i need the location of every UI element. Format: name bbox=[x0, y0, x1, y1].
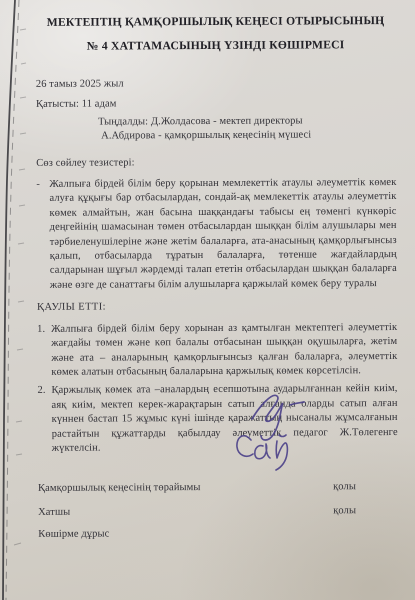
signature-role-chairwoman: Қамқоршылық кеңесінің төрайымы bbox=[38, 481, 201, 496]
attendance-line: Қатысты: 11 адам bbox=[36, 96, 396, 112]
heard-line-member: А.Абдирова - қамқоршылық кеңесінің мүшес… bbox=[101, 128, 396, 144]
speech-paragraph: Жалпыға бірдей білім беру қорынан мемлек… bbox=[49, 176, 397, 293]
resolution-number-2: 2. bbox=[37, 384, 51, 456]
document-title: МЕКТЕПТІҢ ҚАМҚОРШЫЛЫҚ КЕҢЕСІ ОТЫРЫСЫНЫҢ bbox=[36, 15, 396, 29]
signature-note-secretary: қолы bbox=[333, 504, 356, 519]
resolution-item-2: 2. Қаржылық көмек ата –аналардың есепшот… bbox=[37, 382, 397, 456]
copy-correct-note: Көшірме дұрыс bbox=[38, 526, 398, 542]
signature-role-secretary: Хатшы bbox=[38, 505, 70, 520]
resolution-text-1: Жалпыға бірдей білім беру хорынан аз қам… bbox=[51, 321, 397, 380]
signature-row-chairwoman: Қамқоршылық кеңесінің төрайымы қолы bbox=[38, 480, 398, 496]
signature-block: Қамқоршылық кеңесінің төрайымы қолы Хатш… bbox=[38, 480, 398, 542]
bullet-dash-marker: - bbox=[36, 178, 50, 293]
signature-note-chairwoman: қолы bbox=[333, 481, 356, 496]
resolution-number-1: 1. bbox=[37, 323, 51, 381]
document-subtitle: № 4 ХАТТАМАСЫНЫҢ ҮЗІНДІ КӨШІРМЕСІ bbox=[36, 39, 396, 53]
date-line: 26 тамыз 2025 жыл bbox=[36, 76, 396, 92]
speech-theses-heading: Сөз сөйлеу тезистері: bbox=[36, 155, 396, 171]
resolution-list: 1. Жалпыға бірдей білім беру хорынан аз … bbox=[37, 321, 398, 457]
resolution-heading: ҚАУЛЫ ЕТТІ: bbox=[37, 299, 397, 315]
heard-block: Тыңдалды: Д.Жолдасова - мектеп директоры… bbox=[98, 114, 396, 144]
resolution-text-2: Қаржылық көмек ата –аналардың есепшотына… bbox=[51, 382, 397, 456]
resolution-item-1: 1. Жалпыға бірдей білім беру хорынан аз … bbox=[37, 321, 397, 381]
signature-row-secretary: Хатшы қолы bbox=[38, 504, 398, 520]
heard-line-director: Тыңдалды: Д.Жолдасова - мектеп директоры bbox=[98, 114, 396, 130]
speech-paragraph-row: - Жалпыға бірдей білім беру қорынан мемл… bbox=[36, 176, 397, 293]
document-content: МЕКТЕПТІҢ ҚАМҚОРШЫЛЫҚ КЕҢЕСІ ОТЫРЫСЫНЫҢ … bbox=[0, 0, 415, 600]
scanned-document-page: МЕКТЕПТІҢ ҚАМҚОРШЫЛЫҚ КЕҢЕСІ ОТЫРЫСЫНЫҢ … bbox=[0, 0, 415, 600]
